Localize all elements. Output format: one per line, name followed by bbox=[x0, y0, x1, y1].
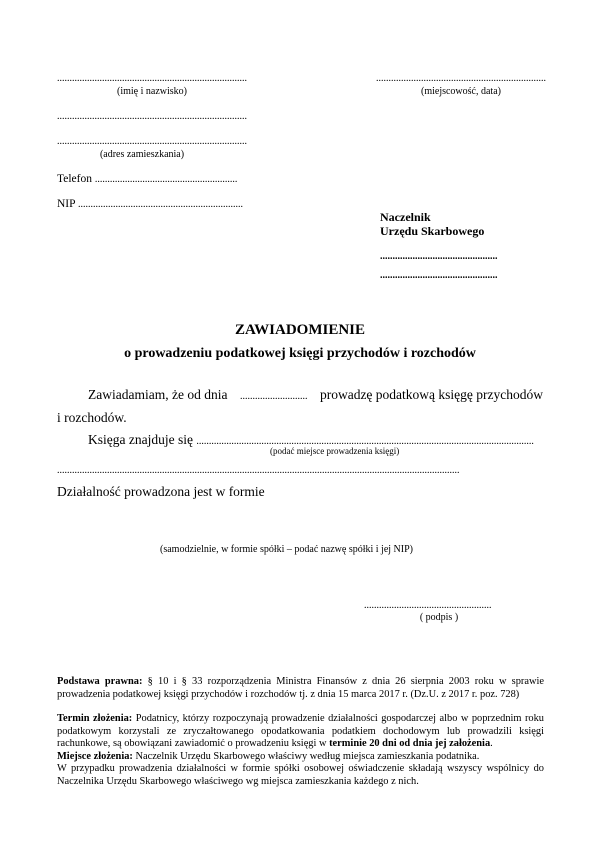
address-field-line1[interactable]: ........................................… bbox=[57, 112, 247, 122]
place-label: Miejsce złożenia: bbox=[57, 751, 133, 762]
nip-row: NIP ....................................… bbox=[57, 198, 243, 210]
place-text: Naczelnik Urzędu Skarbowego właściwy wed… bbox=[133, 751, 480, 762]
signature-label: ( podpis ) bbox=[364, 612, 514, 623]
notice-line2: i rozchodów. bbox=[57, 410, 127, 426]
nip-field[interactable]: ........................................… bbox=[78, 199, 243, 210]
ledger-location-hint: (podać miejsce prowadzenia księgi) bbox=[270, 446, 399, 456]
notice-start-text: Zawiadamiam, że od dnia bbox=[88, 387, 227, 403]
document-title: ZAWIADOMIENIE bbox=[0, 322, 600, 339]
business-form-label: Działalność prowadzona jest w formie bbox=[57, 484, 265, 500]
place-date-field[interactable]: ........................................… bbox=[376, 74, 546, 84]
place-date-label: (miejscowość, data) bbox=[376, 86, 546, 97]
deadline-bold: terminie 20 dni od dnia jej założenia bbox=[329, 738, 490, 749]
start-date-field[interactable]: ........................... bbox=[240, 392, 308, 402]
address-label: (adres zamieszkania) bbox=[57, 149, 227, 160]
phone-field[interactable]: ........................................… bbox=[95, 174, 238, 185]
phone-row: Telefon ................................… bbox=[57, 173, 237, 185]
recipient-line1: Naczelnik bbox=[380, 210, 431, 225]
notice-end-text: prowadzę podatkową księgę przychodów bbox=[320, 387, 543, 403]
phone-label: Telefon bbox=[57, 173, 92, 185]
notice-paragraph: Zawiadamiam, że od dnia ................… bbox=[88, 387, 543, 403]
partnership-note: W przypadku prowadzenia działalności w f… bbox=[57, 763, 544, 788]
nip-label: NIP bbox=[57, 198, 75, 210]
name-label: (imię i nazwisko) bbox=[57, 86, 247, 97]
submission-notes: Termin złożenia: Podatnicy, którzy rozpo… bbox=[57, 713, 544, 788]
address-field-line2[interactable]: ........................................… bbox=[57, 137, 247, 147]
name-field[interactable]: ........................................… bbox=[57, 74, 247, 84]
business-form-hint: (samodzielnie, w formie spółki – podać n… bbox=[160, 544, 413, 555]
recipient-line2: Urzędu Skarbowego bbox=[380, 224, 484, 239]
legal-basis-note: Podstawa prawna: § 10 i § 33 rozporządze… bbox=[57, 676, 544, 701]
deadline-end: . bbox=[490, 738, 493, 749]
ledger-location-label: Księga znajduje się bbox=[88, 432, 193, 447]
ledger-location-field-line2[interactable]: ........................................… bbox=[57, 466, 544, 476]
legal-basis-label: Podstawa prawna: bbox=[57, 676, 142, 687]
office-field-line2[interactable]: ........................................… bbox=[380, 271, 515, 281]
deadline-label: Termin złożenia: bbox=[57, 713, 132, 724]
signature-field[interactable]: ........................................… bbox=[364, 601, 514, 611]
office-field-line1[interactable]: ........................................… bbox=[380, 252, 515, 262]
document-subtitle: o prowadzeniu podatkowej księgi przychod… bbox=[0, 346, 600, 362]
